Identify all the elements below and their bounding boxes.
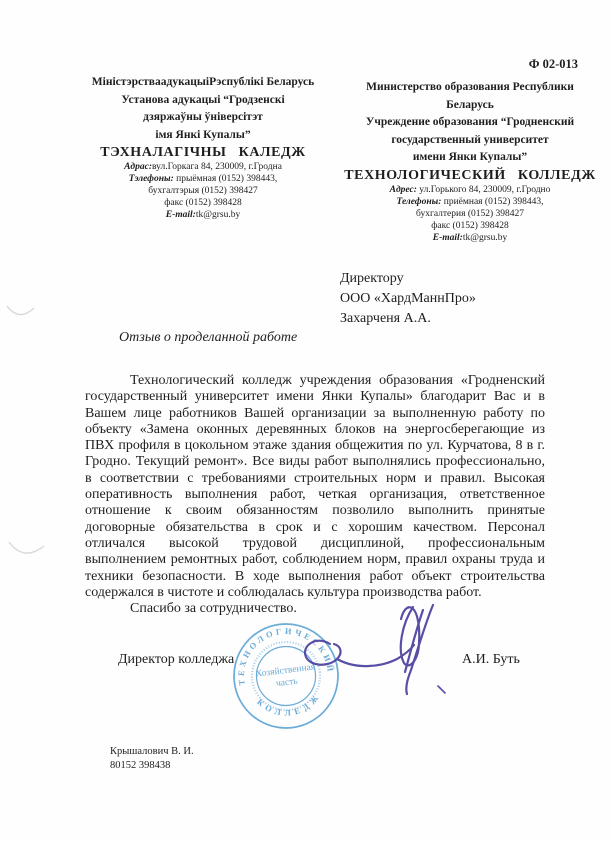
scan-artifact xyxy=(6,534,48,564)
letterhead-right: Министерство образования Республики Бела… xyxy=(334,79,606,245)
org-name-line: Учреждение образования “Гродненский xyxy=(334,114,606,132)
org-name-line: имени Янки Купалы” xyxy=(334,149,606,167)
executor-phone: 80152 398438 xyxy=(110,759,194,773)
fax-line: факс (0152) 398428 xyxy=(74,198,332,210)
letterhead-left: МіністэрстваадукацыіРэспублікі Беларусь … xyxy=(74,74,332,222)
address-line: Адрас:вул.Горкага 84, 230009, г.Гродна xyxy=(74,162,332,174)
recipient-company: ООО «ХардМаннПро» xyxy=(340,289,476,309)
address-line: Адрес: ул.Горького 84, 230009, г.Гродно xyxy=(334,185,606,197)
org-name-line: імя Янкі Купалы” xyxy=(74,127,332,145)
executor-block: Крышалович В. И. 80152 398438 xyxy=(110,745,194,773)
email-line: E-mail:tk@grsu.by xyxy=(74,210,332,222)
executor-name: Крышалович В. И. xyxy=(110,745,194,759)
body-paragraph: Технологический колледж учреждения образ… xyxy=(85,373,545,601)
subject-line: Отзыв о проделанной работе xyxy=(119,330,297,346)
org-name-line: дзяржаўны ўніверсітэт xyxy=(74,109,332,127)
org-name-line: Беларусь xyxy=(334,97,606,115)
email-line: E-mail:tk@grsu.by xyxy=(334,233,606,245)
college-name-by: ТЭХНАЛАГІЧНЫ КАЛЕДЖ xyxy=(74,144,332,162)
org-name-line: Министерство образования Республики xyxy=(334,79,606,97)
scan-artifact xyxy=(4,298,40,326)
college-name-ru: ТЕХНОЛОГИЧЕСКИЙ КОЛЛЕДЖ xyxy=(334,167,606,185)
fax-line: факс (0152) 398428 xyxy=(334,221,606,233)
phone-line: бухгалтерия (0152) 398427 xyxy=(334,209,606,221)
org-name-line: МіністэрстваадукацыіРэспублікі Беларусь xyxy=(74,74,332,92)
form-code: Ф 02-013 xyxy=(336,57,578,72)
recipient-block: Директору ООО «ХардМаннПро» Захарченя А.… xyxy=(340,269,476,329)
signature-ink xyxy=(292,602,457,710)
scanned-letter-page: Ф 02-013 МіністэрстваадукацыіРэспублікі … xyxy=(0,0,612,841)
phone-line: Тэлефоны: прыёмная (0152) 398443, xyxy=(74,174,332,186)
signer-name: А.И. Буть xyxy=(462,652,520,668)
letter-body: Технологический колледж учреждения образ… xyxy=(85,373,545,617)
phone-line: бухгалтэрыя (0152) 398427 xyxy=(74,186,332,198)
recipient-role: Директору xyxy=(340,269,476,289)
signer-role: Директор колледжа xyxy=(118,652,234,668)
recipient-person: Захарченя А.А. xyxy=(340,309,476,329)
org-name-line: государственный университет xyxy=(334,132,606,150)
phone-line: Телефоны: приёмная (0152) 398443, xyxy=(334,197,606,209)
org-name-line: Установа адукацыі “Гродзенскі xyxy=(74,92,332,110)
